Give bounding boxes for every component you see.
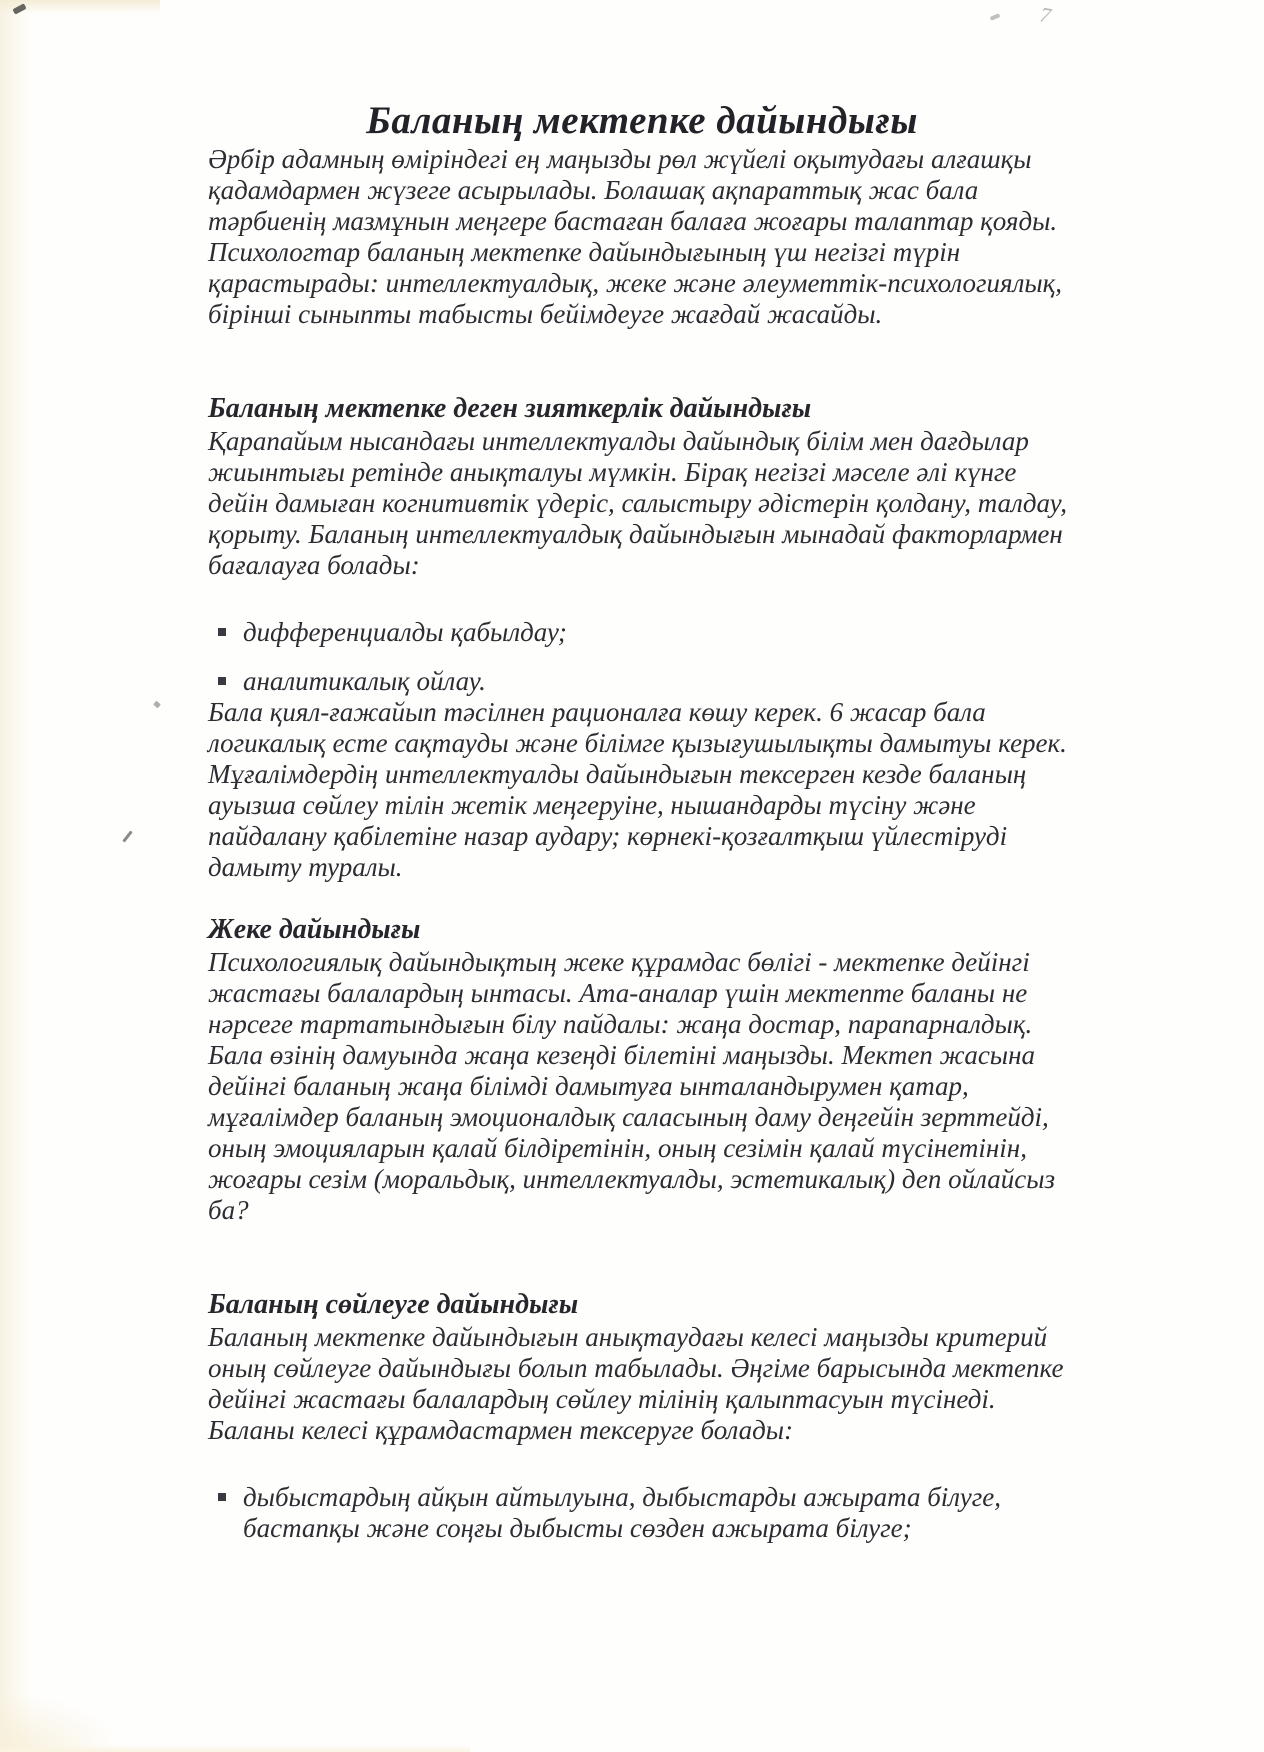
bullet-square-icon xyxy=(218,677,226,685)
bullet-square-icon xyxy=(218,628,226,636)
scan-corner-bottom-left xyxy=(0,1692,120,1752)
bullet-list-intellectual: дифференциалды қабылдау; аналитикалық ой… xyxy=(208,617,1076,697)
scan-edge-left xyxy=(0,0,32,1752)
paragraph-intellectual-lead: Қарапайым нысандағы интеллектуалды дайын… xyxy=(208,426,1076,581)
bullet-item: дыбыстардың айқын айтылуына, дыбыстарды … xyxy=(208,1482,1076,1544)
scan-edge-bottom xyxy=(0,1745,470,1752)
document-title: Баланың мектепке дайындығы xyxy=(208,98,1076,144)
intro-paragraph: Әрбір адамның өміріндегі ең маңызды рөл … xyxy=(208,144,1076,330)
section-heading-intellectual-readiness: Баланың мектепке деген зияткерлік дайынд… xyxy=(208,392,1076,426)
scanned-document-page: 7 Баланың мектепке дайындығы Әрбір адамн… xyxy=(0,0,1264,1752)
document-body: Баланың мектепке дайындығы Әрбір адамның… xyxy=(208,0,1076,1544)
scan-speck-left-margin-lower xyxy=(122,830,132,842)
bullet-item-label: дифференциалды қабылдау; xyxy=(243,617,1076,648)
bullet-square-icon xyxy=(218,1493,226,1501)
scan-speck-left-margin-upper xyxy=(153,701,161,709)
paragraph-personal-body: Психологиялық дайындықтың жеке құрамдас … xyxy=(208,947,1076,1226)
bullet-item: аналитикалық ойлау. xyxy=(208,666,1076,697)
paragraph-speech-lead: Баланың мектепке дайындығын анықтаудағы … xyxy=(208,1322,1076,1446)
section-heading-personal-readiness: Жеке дайындығы xyxy=(208,913,1076,947)
paragraph-intellectual-body: Бала қиял-ғажайып тәсілнен рационалға кө… xyxy=(208,697,1076,883)
bullet-item: дифференциалды қабылдау; xyxy=(208,617,1076,648)
bullet-list-speech: дыбыстардың айқын айтылуына, дыбыстарды … xyxy=(208,1482,1076,1544)
bullet-item-label: аналитикалық ойлау. xyxy=(243,666,1076,697)
bullet-item-label: дыбыстардың айқын айтылуына, дыбыстарды … xyxy=(243,1482,1076,1544)
section-heading-speech-readiness: Баланың сөйлеуге дайындығы xyxy=(208,1288,1076,1322)
